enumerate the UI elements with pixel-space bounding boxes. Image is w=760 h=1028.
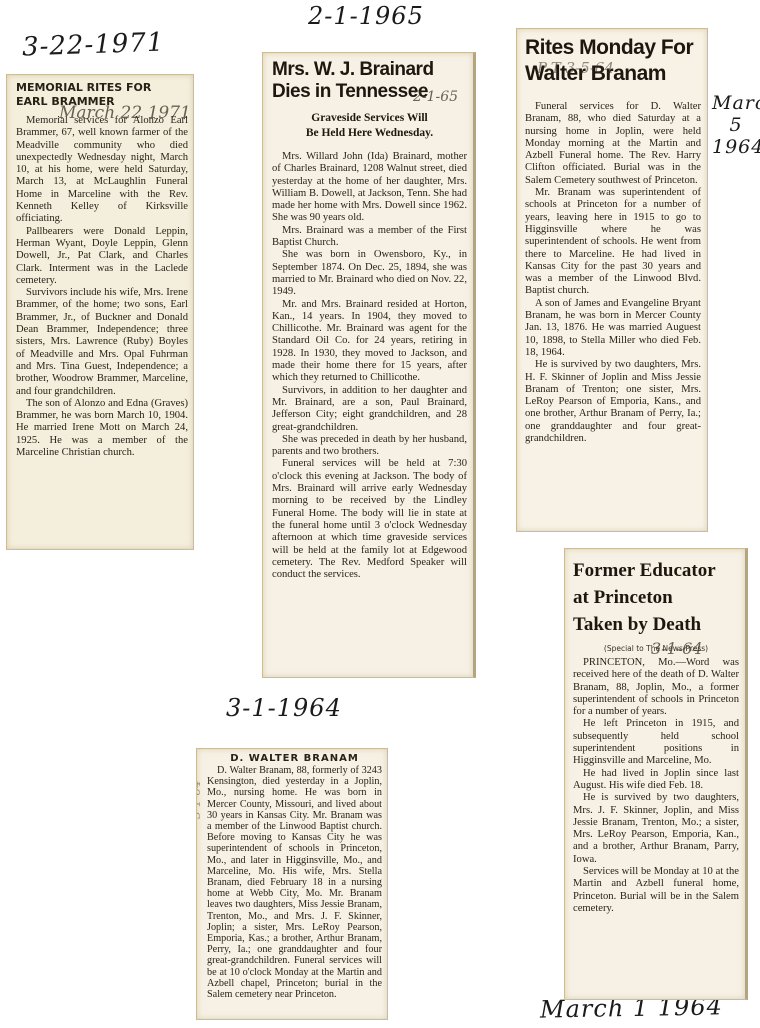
handwritten-annotation: P-T 3-5-64 [537,59,614,77]
paragraph: She was preceded in death by her husband… [272,434,467,459]
clipping-headline: Former Educator at Princeton Taken by De… [573,557,739,638]
clipping-earl-brammer: MEMORIAL RITES FOR EARL BRAMMER March 22… [6,74,194,550]
clipping-body: Mrs. Willard John (Ida) Brainard, mother… [272,151,467,581]
paragraph: He is survived by two daughters, Mrs. J.… [573,792,739,866]
paragraph: Pallbearers were Donald Leppin, Herman W… [16,226,188,287]
paragraph: He is survived by two daughters, Mrs. H.… [525,359,701,445]
headline-line: MEMORIAL RITES FOR [16,81,188,95]
headline-line: Rites Monday For [525,35,701,61]
clipping-rites-walter-branam: Rites Monday For Walter Branam P-T 3-5-6… [516,28,708,532]
handwritten-day: 5 [712,114,760,136]
headline-line: Taken by Death [573,611,739,638]
margin-annotation: 3-1-64 [196,780,203,819]
paragraph: Survivors, in addition to her daughter a… [272,385,467,434]
paragraph: She was born in Owensboro, Ky., in Septe… [272,249,467,298]
headline-line: at Princeton [573,584,739,611]
paragraph: Services will be Monday at 10 at the Mar… [573,866,739,915]
paragraph: Mr. and Mrs. Brainard resided at Horton,… [272,299,467,385]
handwritten-annotation: March 22 1971 [59,103,191,123]
clipping-body: D. Walter Branam, 88, formerly of 3243 K… [207,765,382,1000]
paragraph: PRINCETON, Mo.—Word was received here of… [573,657,739,718]
paragraph: Mr. Branam was superintendent of schools… [525,187,701,298]
paragraph: He had lived in Joplin since last August… [573,768,739,793]
headline-line: Mrs. W. J. Brainard [272,59,467,81]
paragraph: A son of James and Evangeline Bryant Bra… [525,298,701,359]
paragraph: Survivors include his wife, Mrs. Irene B… [16,287,188,398]
clipping-d-walter-branam: D. WALTER BRANAM 3-1-64 D. Walter Branam… [196,748,388,1020]
handwritten-date-right-margin: Marc 5 1964 [712,92,760,158]
handwritten-date-top-left: 3-22-1971 [22,28,165,63]
paragraph: The son of Alonzo and Edna (Graves) Bram… [16,398,188,459]
paragraph: Mrs. Brainard was a member of the First … [272,225,467,250]
paragraph: Funeral services for D. Walter Branam, 8… [525,101,701,187]
clipping-body: PRINCETON, Mo.—Word was received here of… [573,657,739,915]
paragraph: D. Walter Branam, 88, formerly of 3243 K… [207,765,382,1000]
paragraph: Mrs. Willard John (Ida) Brainard, mother… [272,151,467,225]
clipping-former-educator: Former Educator at Princeton Taken by De… [564,548,748,1000]
handwritten-year: 1964 [712,136,760,158]
clipping-body: Memorial services for Alonzo Earl Bramme… [16,115,188,459]
handwritten-date-top-center: 2-1-1965 [308,2,424,30]
headline-line: Former Educator [573,557,739,584]
paragraph: Funeral services will be held at 7:30 o'… [272,458,467,581]
subheadline-line: Graveside Services Will [272,111,467,126]
subheadline-line: Be Held Here Wednesday. [272,126,467,141]
clipping-headline: D. WALTER BRANAM [207,753,382,765]
handwritten-month: Marc [712,92,760,114]
clipping-brainard: Mrs. W. J. Brainard Dies in Tennessee 2-… [262,52,476,678]
handwritten-annotation: 2-1-65 [413,89,458,105]
paragraph: He left Princeton in 1915, and subsequen… [573,718,739,767]
handwritten-date-bottom-center: 3-1-1964 [226,694,342,722]
clipping-body: Funeral services for D. Walter Branam, 8… [525,101,701,445]
clipping-subheadline: Graveside Services Will Be Held Here Wed… [272,111,467,141]
paragraph: Memorial services for Alonzo Earl Bramme… [16,115,188,226]
handwritten-annotation: 3-1-64 [651,639,703,658]
